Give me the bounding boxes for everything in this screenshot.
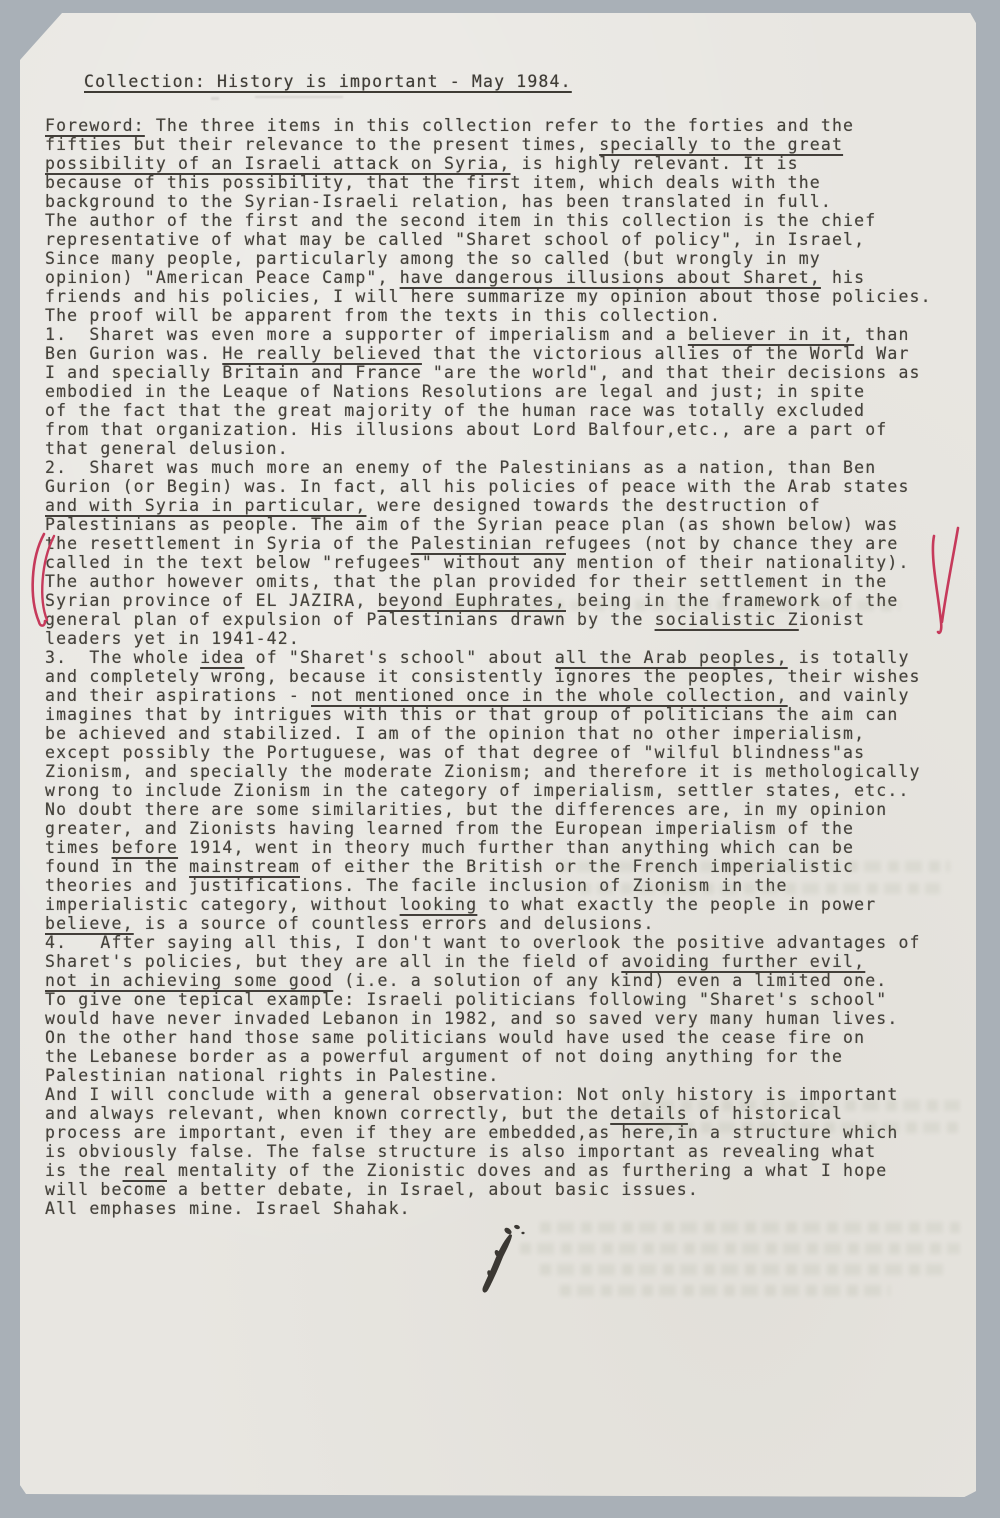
text-line: of the fact that the great majority of t… [45, 401, 965, 420]
text-line: leaders yet in 1941-42. [45, 629, 965, 648]
text-line: Ben Gurion was. He really believed that … [45, 344, 965, 363]
text-line: 3. The whole idea of "Sharet's school" a… [45, 648, 965, 667]
text-line: 1. Sharet was even more a supporter of i… [45, 325, 965, 344]
text-line: On the other hand those same politicians… [45, 1028, 965, 1047]
text-line: called in the text below "refugees" with… [45, 553, 965, 572]
text-line: believe, is a source of countless errors… [45, 914, 965, 933]
text-line: and their aspirations - not mentioned on… [45, 686, 965, 705]
text-line: would have never invaded Lebanon in 1982… [45, 1009, 965, 1028]
text-line: opinion) "American Peace Camp", have dan… [45, 268, 965, 287]
text-line: The proof will be apparent from the text… [45, 306, 965, 325]
text-line: wrong to include Zionism in the category… [45, 781, 965, 800]
scanned-document-screenshot: { "page": { "background_color": "#a9b0b7… [0, 0, 1000, 1518]
bleed-through-text [520, 1243, 960, 1254]
text-line: possibility of an Israeli attack on Syri… [45, 154, 965, 173]
text-line: friends and his policies, I will here su… [45, 287, 965, 306]
bleed-through-text [640, 1100, 960, 1111]
right-margin-check-annotation [916, 522, 968, 644]
pencil-scratch-mark [211, 97, 219, 100]
bleed-through-text [560, 1285, 890, 1296]
pencil-scratch-mark [255, 96, 343, 98]
text-line: and completely wrong, because it consist… [45, 667, 965, 686]
text-line: Palestinian national rights in Palestine… [45, 1066, 965, 1085]
text-line: fifties but their relevance to the prese… [45, 135, 965, 154]
text-line: No doubt there are some similarities, bu… [45, 800, 965, 819]
text-line: Foreword: The three items in this collec… [45, 116, 965, 135]
text-line: embodied in the Leaque of Nations Resolu… [45, 382, 965, 401]
text-line: Palestinians as people. The aim of the S… [45, 515, 965, 534]
bleed-through-text [580, 883, 940, 894]
text-line: All emphases mine. Israel Shahak. [45, 1199, 965, 1218]
text-line: Zionism, and specially the moderate Zion… [45, 762, 965, 781]
text-line: 4. After saying all this, I don't want t… [45, 933, 965, 952]
text-line: except possibly the Portuguese, was of t… [45, 743, 965, 762]
bleed-through-text [540, 1264, 950, 1275]
text-line: The author of the first and the second i… [45, 211, 965, 230]
left-margin-bracket-annotation [22, 526, 62, 642]
bleed-through-text [560, 861, 950, 872]
text-line: be achieved and stabilized. I am of the … [45, 724, 965, 743]
text-line: times before 1914, went in theory much f… [45, 838, 965, 857]
text-line: general plan of expulsion of Palestinian… [45, 610, 965, 629]
bleed-through-text [540, 1222, 960, 1233]
document-lines: Foreword: The three items in this collec… [45, 116, 965, 1218]
bleed-through-text [660, 1122, 960, 1133]
text-line: I and specially Britain and France "are … [45, 363, 965, 382]
text-line: The author however omits, that the plan … [45, 572, 965, 591]
text-line: representative of what may be called "Sh… [45, 230, 965, 249]
text-line: and with Syria in particular, were desig… [45, 496, 965, 515]
text-line: from that organization. His illusions ab… [45, 420, 965, 439]
text-line: the resettlement in Syria of the Palesti… [45, 534, 965, 553]
text-line: To give one tepical example: Israeli pol… [45, 990, 965, 1009]
text-line: 2. Sharet was much more an enemy of the … [45, 458, 965, 477]
text-line: background to the Syrian-Israeli relatio… [45, 192, 965, 211]
bleed-through-text [430, 600, 900, 611]
text-line: is the real mentality of the Zionistic d… [45, 1161, 965, 1180]
text-line: that general delusion. [45, 439, 965, 458]
text-line: Since many people, particularly among th… [45, 249, 965, 268]
text-line: will become a better debate, in Israel, … [45, 1180, 965, 1199]
ink-smudge-annotation [468, 1220, 540, 1304]
text-line: greater, and Zionists having learned fro… [45, 819, 965, 838]
text-line: imagines that by intrigues with this or … [45, 705, 965, 724]
text-line: is obviously false. The false structure … [45, 1142, 965, 1161]
text-line: not in achieving some good (i.e. a solut… [45, 971, 965, 990]
text-line: Sharet's policies, but they are all in t… [45, 952, 965, 971]
text-line: imperialistic category, without looking … [45, 895, 965, 914]
text-line: because of this possibility, that the fi… [45, 173, 965, 192]
document-title: Collection: History is important - May 1… [84, 72, 572, 91]
text-line: Gurion (or Begin) was. In fact, all his … [45, 477, 965, 496]
text-line: the Lebanese border as a powerful argume… [45, 1047, 965, 1066]
